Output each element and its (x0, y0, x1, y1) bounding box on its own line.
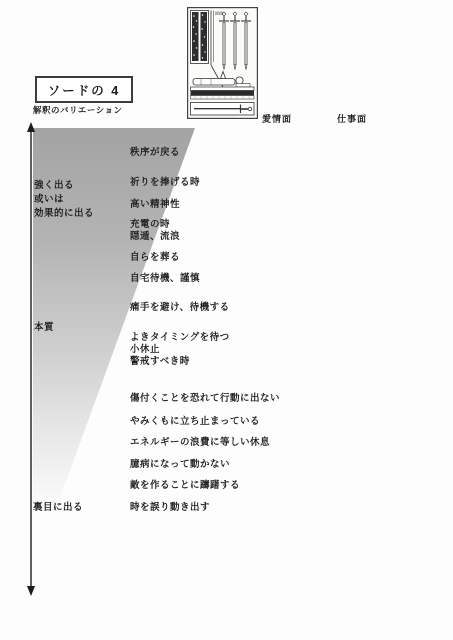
axis-label-strong-line1: 強く出る (34, 179, 94, 193)
four-of-swords-card-image (187, 7, 258, 119)
list-item: 痛手を避け、待機する (130, 299, 230, 313)
arrow-up-icon (27, 122, 35, 132)
column-header-work: 仕事面 (337, 112, 367, 125)
list-item: 時を誤り動き出す (130, 499, 210, 513)
list-item: 隠遁、流浪 (130, 228, 180, 242)
axis-label-essence: 本質 (34, 321, 54, 335)
list-item: エネルギーの浪費に等しい休息 (130, 434, 270, 448)
page-title: ソードの 4 (35, 76, 133, 103)
list-item: 祈りを捧げる時 (130, 174, 200, 188)
list-item: 秩序が戻る (130, 144, 180, 158)
list-item: 自らを葬る (130, 249, 180, 263)
list-item: 傷付くことを恐れて行動に出ない (130, 390, 280, 404)
axis-label-strong-line2: 或いは (34, 193, 94, 207)
list-item: 敵を作ることに躊躇する (130, 477, 240, 491)
list-item: 臆病になって動かない (130, 456, 230, 470)
axis-label-reverse: 裏目に出る (33, 501, 83, 515)
arrow-down-icon (27, 586, 35, 596)
subtitle: 解釈のバリエーション (33, 104, 123, 116)
column-header-love: 愛情面 (262, 112, 292, 125)
page-title-text: ソードの 4 (48, 81, 120, 99)
list-item: 高い精神性 (130, 196, 180, 210)
axis-label-strong-line3: 効果的に出る (34, 207, 94, 221)
document-page: ソードの 4 解釈のバリエーション 愛情面 仕事面 強く出る 或いは 効果的に出… (0, 0, 453, 640)
axis-label-strong: 強く出る 或いは 効果的に出る (34, 179, 94, 221)
list-item: 自宅待機、謹慎 (130, 270, 200, 284)
list-item: やみくもに立ち止まっている (130, 413, 260, 427)
list-item: 警戒すべき時 (130, 353, 190, 367)
